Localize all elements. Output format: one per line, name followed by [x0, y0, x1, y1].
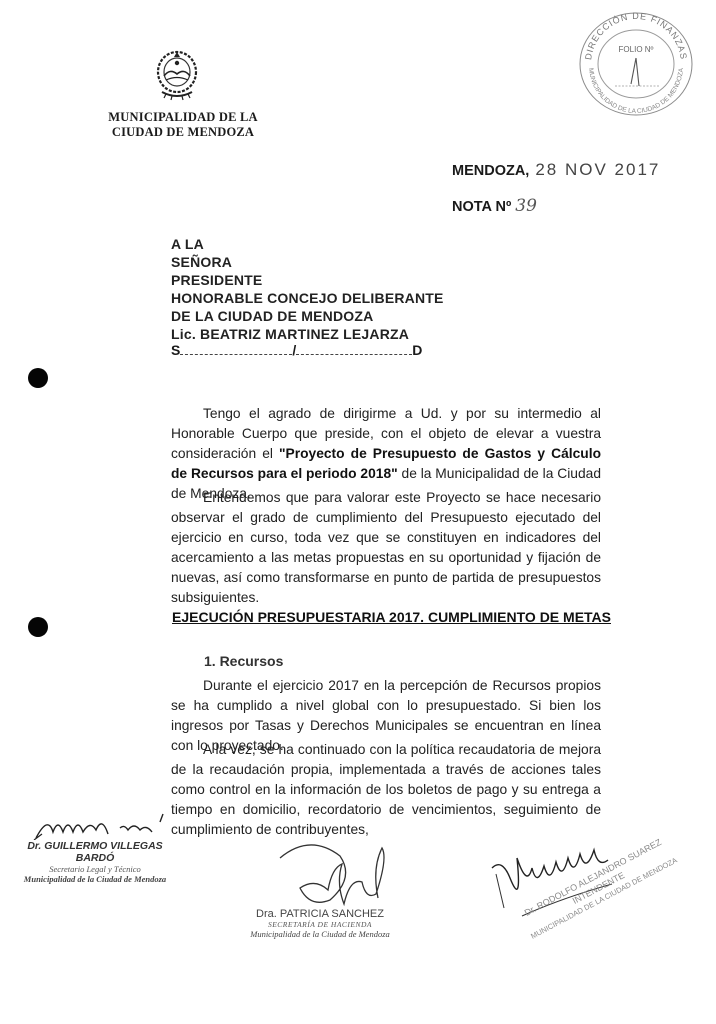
signature-block-villegas: Dr. GUILLERMO VILLEGAS BARDÓ Secretario … — [20, 840, 170, 884]
svg-text:FOLIO Nº: FOLIO Nº — [619, 45, 654, 54]
paragraph-collection-policy: A la vez, se ha continuado con la políti… — [171, 740, 601, 840]
paragraph-purpose: Entendemos que para valorar este Proyect… — [171, 488, 601, 608]
city-label: MENDOZA, — [452, 163, 529, 179]
signature-villegas-icon — [28, 810, 178, 840]
addressee-line-6: Lic. BEATRIZ MARTINEZ LEJARZA — [171, 326, 409, 342]
section-title: EJECUCIÓN PRESUPUESTARIA 2017. CUMPLIMIE… — [172, 609, 611, 625]
coat-of-arms-icon — [152, 48, 202, 104]
addressee-line-5: DE LA CIUDAD DE MENDOZA — [171, 308, 373, 324]
nota-label: NOTA Nº — [452, 199, 511, 215]
nota-line: NOTA Nº39 — [452, 196, 537, 216]
letterhead-line-1: MUNICIPALIDAD DE LA — [108, 110, 258, 125]
date-line: MENDOZA,28 NOV 2017 — [452, 160, 660, 180]
subsection-heading: 1. Recursos — [204, 653, 283, 669]
signature-block-sanchez: Dra. PATRICIA SANCHEZ SECRETARÍA DE HACI… — [245, 908, 395, 939]
svg-text:MUNICIPALIDAD DE LA CIUDAD DE: MUNICIPALIDAD DE LA CIUDAD DE MENDOZA — [587, 67, 685, 115]
nota-number: 39 — [515, 196, 537, 216]
signature-sanchez-icon — [270, 838, 400, 910]
addressee-line-3: PRESIDENTE — [171, 272, 262, 288]
finance-folio-stamp: DIRECCIÓN DE FINANZAS MUNICIPALIDAD DE L… — [573, 6, 699, 118]
letterhead-line-2: CIUDAD DE MENDOZA — [108, 125, 258, 140]
addressee-line-4: HONORABLE CONCEJO DELIBERANTE — [171, 290, 444, 306]
addressee-line-1: A LA — [171, 236, 204, 252]
addressee-line-2: SEÑORA — [171, 254, 232, 270]
date-stamp: 28 NOV 2017 — [535, 160, 660, 179]
punch-hole-bottom — [28, 617, 48, 637]
sd-salutation: S/D — [171, 342, 441, 358]
punch-hole-top — [28, 368, 48, 388]
